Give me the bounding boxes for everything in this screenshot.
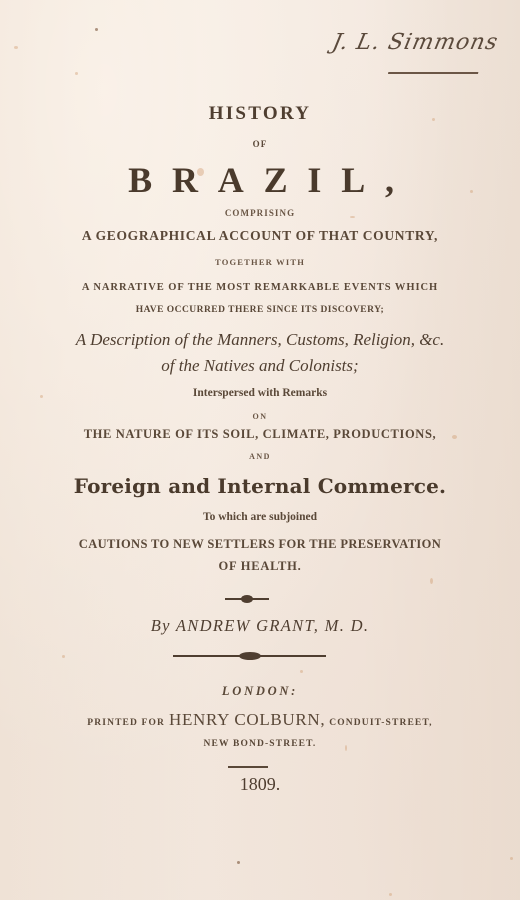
foxing-spot: [62, 655, 65, 658]
foxing-spot: [95, 28, 98, 31]
year-rule: [228, 766, 268, 768]
foxing-spot: [510, 857, 513, 860]
ornamental-rule-long: [173, 655, 326, 657]
rule-ornament-icon: [241, 595, 253, 603]
foxing-spot: [75, 72, 78, 75]
foxing-spot: [300, 670, 303, 673]
subtitle-description-line2: of the Natives and Colonists;: [0, 357, 520, 374]
title-brazil: BRAZIL,: [0, 162, 520, 198]
foxing-spot: [14, 46, 18, 49]
title-of: OF: [0, 140, 520, 149]
subtitle-interspersed: Interspersed with Remarks: [0, 388, 520, 400]
title-page: J. L. Simmons HISTORY OF BRAZIL, COMPRIS…: [0, 0, 520, 900]
subtitle-comprising: COMPRISING: [0, 209, 520, 218]
imprint-printed-line: PRINTED FOR HENRY COLBURN, CONDUIT-STREE…: [0, 711, 520, 729]
foxing-spot: [237, 861, 240, 864]
subtitle-description-line1: A Description of the Manners, Customs, R…: [0, 331, 520, 348]
subtitle-occurred: HAVE OCCURRED THERE SINCE ITS DISCOVERY;: [0, 306, 520, 316]
imprint-publisher: HENRY COLBURN,: [169, 710, 325, 729]
subtitle-commerce-blackletter: Foreign and Internal Commerce.: [0, 476, 520, 496]
foxing-spot: [389, 893, 392, 896]
signature-text: J. L. Simmons: [330, 30, 501, 55]
subtitle-and: AND: [0, 453, 520, 461]
subtitle-cautions: CAUTIONS TO NEW SETTLERS FOR THE PRESERV…: [0, 538, 520, 551]
imprint-street1: CONDUIT-STREET,: [329, 718, 432, 728]
rule-ornament-icon: [239, 652, 261, 660]
signature-underline: [388, 72, 478, 74]
imprint-printed-for: PRINTED FOR: [87, 718, 165, 728]
imprint-city: LONDON:: [0, 685, 520, 698]
subtitle-subjoined: To which are subjoined: [0, 512, 520, 524]
publication-year: 1809.: [0, 775, 520, 793]
title-history: HISTORY: [0, 104, 520, 123]
subtitle-on: ON: [0, 413, 520, 421]
subtitle-health: OF HEALTH.: [0, 560, 520, 573]
foxing-spot: [430, 578, 433, 584]
subtitle-geographical: A GEOGRAPHICAL ACCOUNT OF THAT COUNTRY,: [0, 229, 520, 243]
subtitle-narrative: A NARRATIVE OF THE MOST REMARKABLE EVENT…: [0, 283, 520, 294]
imprint-street2: NEW BOND-STREET.: [0, 740, 520, 750]
subtitle-together-with: TOGETHER WITH: [0, 258, 520, 267]
handwritten-signature: J. L. Simmons: [325, 30, 520, 80]
ornamental-rule-short: [225, 598, 269, 600]
subtitle-nature: THE NATURE OF ITS SOIL, CLIMATE, PRODUCT…: [0, 428, 520, 441]
author-line: By ANDREW GRANT, M. D.: [0, 618, 520, 635]
